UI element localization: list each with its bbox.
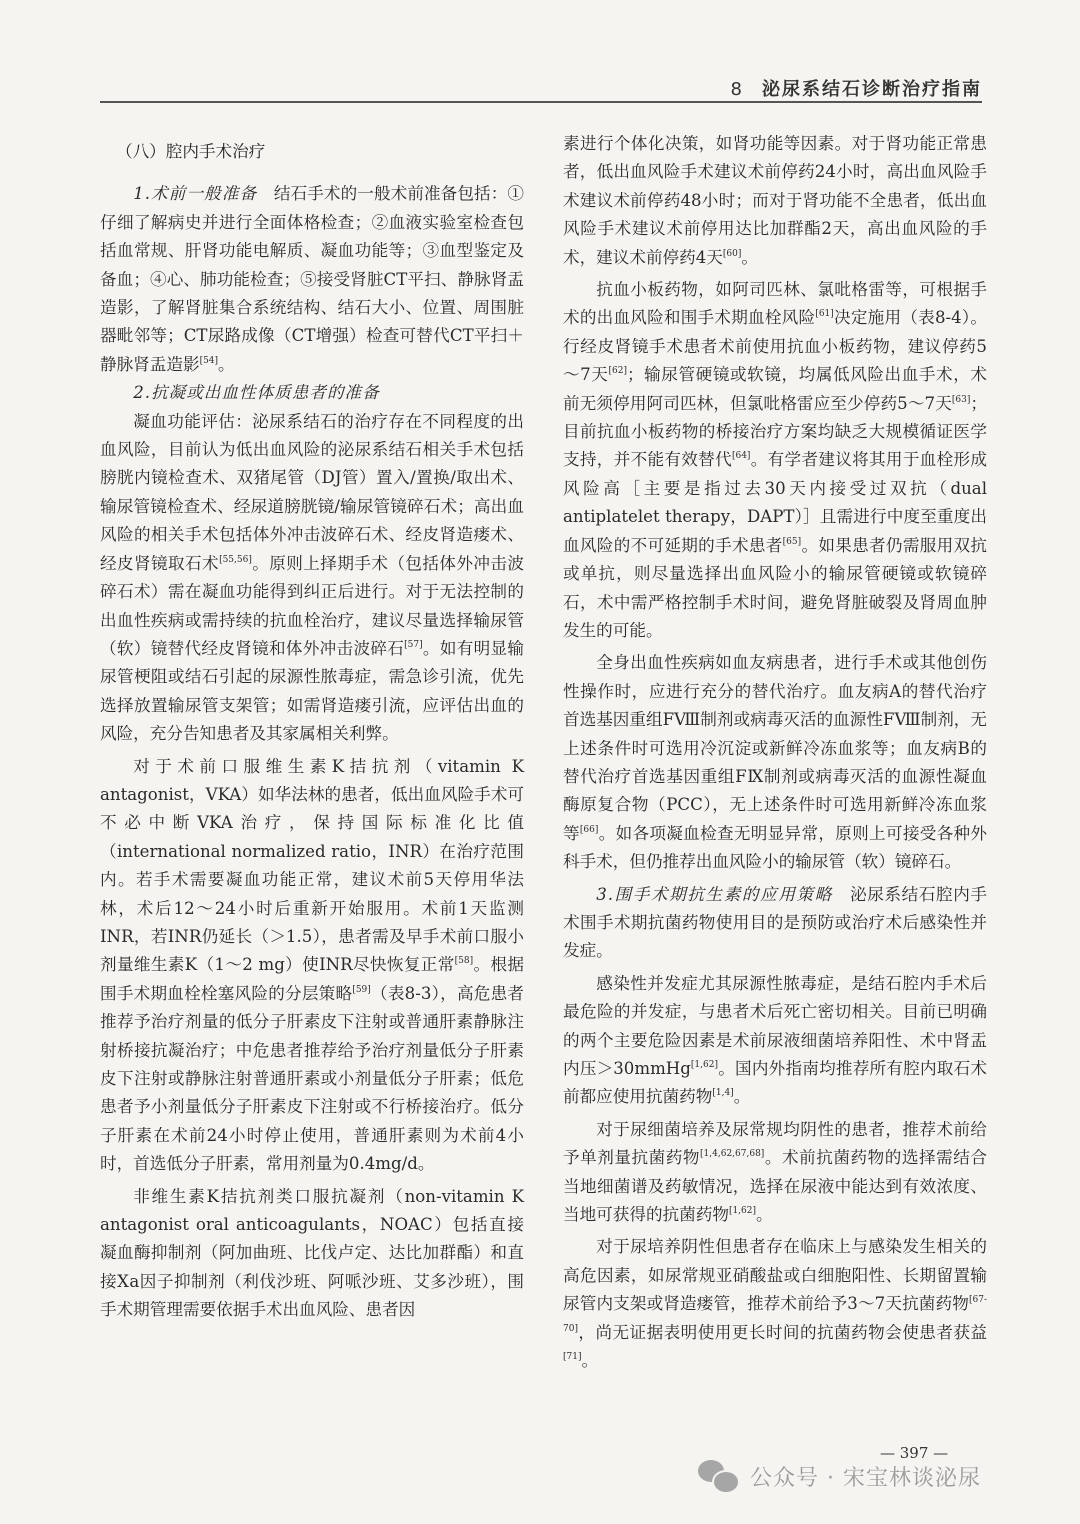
citation: [60]	[723, 249, 741, 259]
paragraph-negative-culture: 对于尿细菌培养及尿常规均阴性的患者，推荐术前给予单剂量抗菌药物[1,4,62,6…	[563, 1116, 987, 1230]
subheading-antibiotics: 3.围手术期抗生素的应用策略	[596, 885, 833, 904]
paragraph-vka: 对于术前口服维生素K拮抗剂（vitamin K antagonist，VKA）如…	[100, 753, 524, 1179]
right-column: 素进行个体化决策，如肾功能等因素。对于肾功能正常患者，低出血风险手术建议术前停药…	[563, 130, 987, 1375]
citation: [58]	[455, 956, 473, 966]
subheading-general-preparation: 1.术前一般准备	[133, 184, 257, 203]
header-rule	[100, 101, 982, 103]
citation: [1,4]	[712, 1088, 733, 1098]
paragraph-hemophilia: 全身出血性疾病如血友病患者，进行手术或其他创伤性操作时，应进行充分的替代治疗。血…	[563, 649, 987, 876]
paragraph-antibiotic-strategy: 3.围手术期抗生素的应用策略 泌尿系结石腔内手术围手术期抗菌药物使用目的是预防或…	[563, 881, 987, 966]
citation: [65]	[783, 537, 801, 547]
citation: [71]	[563, 1352, 581, 1362]
paragraph-coagulation-assessment: 凝血功能评估：泌尿系结石的治疗存在不同程度的出血风险，目前认为低出血风险的泌尿系…	[100, 408, 524, 749]
subheading-anticoagulation: 2.抗凝或出血性体质患者的准备	[100, 379, 524, 407]
citation: [66]	[580, 825, 598, 835]
watermark: 公众号 · 宋宝林谈泌尿	[698, 1460, 981, 1492]
citation: [55,56]	[219, 555, 252, 565]
paragraph-general-preparation: 1.术前一般准备 结石手术的一般术前准备包括：①仔细了解病史并进行全面体格检查；…	[100, 180, 524, 379]
paragraph-noac-continued: 素进行个体化决策，如肾功能等因素。对于肾功能正常患者，低出血风险手术建议术前停药…	[563, 130, 987, 272]
citation: [63]	[952, 395, 970, 405]
left-column: （八）腔内手术治疗 1.术前一般准备 结石手术的一般术前准备包括：①仔细了解病史…	[100, 138, 524, 1325]
citation: [61]	[815, 309, 833, 319]
citation: [54]	[200, 356, 218, 366]
section-title: （八）腔内手术治疗	[116, 138, 524, 166]
running-head: 8泌尿系结石诊断治疗指南	[100, 75, 982, 103]
paragraph-noac: 非维生素K拮抗剂类口服抗凝剂（non-vitamin K antagonist …	[100, 1183, 524, 1325]
citation: [57]	[404, 640, 422, 650]
paragraph-high-risk-factors: 对于尿培养阴性但患者存在临床上与感染发生相关的高危因素，如尿常规亚硝酸盐或白细胞…	[563, 1233, 987, 1375]
chapter-title: 泌尿系结石诊断治疗指南	[762, 79, 982, 100]
citation: [1,4,62,67,68]	[700, 1149, 764, 1159]
citation: [62]	[608, 366, 626, 376]
paragraph-infection-complications: 感染性并发症尤其尿源性脓毒症，是结石腔内手术后最危险的并发症，与患者术后死亡密切…	[563, 970, 987, 1112]
citation: [59]	[352, 985, 370, 995]
watermark-text: 公众号 · 宋宝林谈泌尿	[750, 1461, 981, 1492]
citation: [1,62]	[729, 1206, 756, 1216]
wechat-icon	[698, 1460, 738, 1492]
citation: [64]	[732, 451, 750, 461]
chapter-number: 8	[731, 79, 744, 100]
paragraph-antiplatelet: 抗血小板药物，如阿司匹林、氯吡格雷等，可根据手术的出血风险和围手术期血栓风险[6…	[563, 276, 987, 645]
citation: [1,62]	[691, 1060, 718, 1070]
